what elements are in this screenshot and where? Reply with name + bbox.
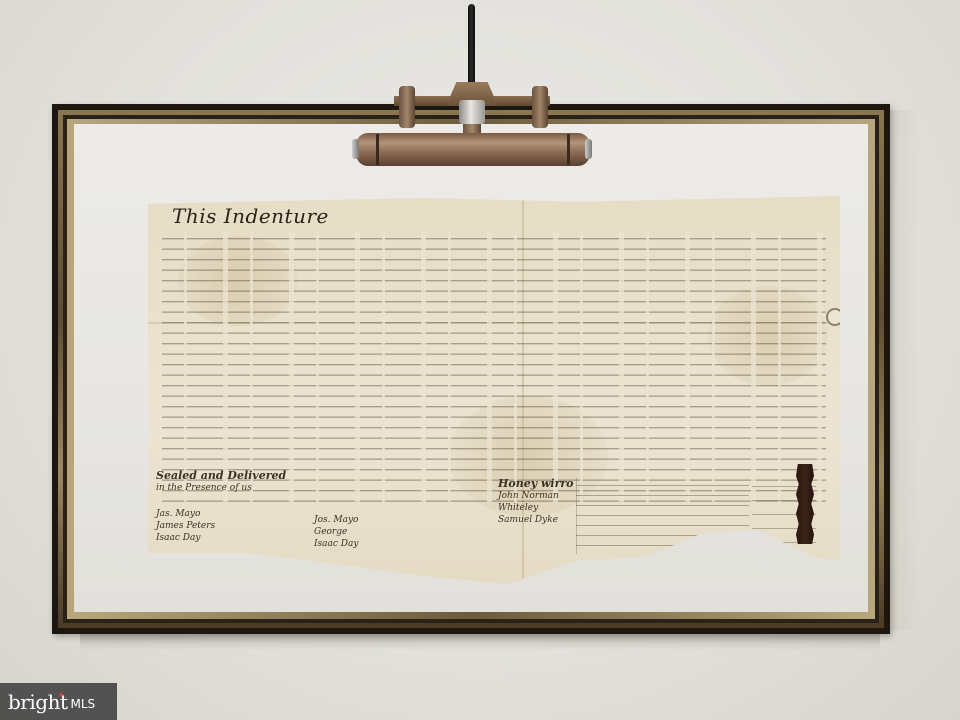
frame-shadow	[80, 632, 880, 650]
lamp-end-cap	[352, 139, 359, 159]
lamp-collar	[459, 100, 485, 124]
watermark-brand: bright✦	[8, 690, 67, 714]
seal-ring	[826, 308, 840, 326]
signature-line: Honey wirro	[498, 478, 574, 490]
signature-line: in the Presence of us	[156, 482, 286, 494]
wax-seal-strip	[796, 464, 814, 544]
lamp-knob-left	[399, 86, 415, 128]
picture-frame: This Indenture Sealed and Delivered in t…	[52, 104, 890, 634]
handwritten-text	[162, 232, 826, 502]
signature-line: Samuel Dyke	[498, 514, 574, 526]
signature-line: Jas. Mayo	[156, 508, 286, 520]
signature-line: John Norman	[498, 490, 574, 502]
watermark-suffix: MLS	[70, 697, 95, 711]
signature-line: Sealed and Delivered	[156, 470, 286, 482]
lamp-end-cap	[585, 139, 592, 159]
signature-line: Isaac Day	[156, 532, 286, 544]
document-title: This Indenture	[172, 204, 329, 228]
witness-signatures: Sealed and Delivered in the Presence of …	[156, 470, 286, 544]
paper-seal	[728, 544, 746, 562]
signature-line: James Peters	[156, 520, 286, 532]
star-icon: ✦	[57, 691, 64, 701]
endorsement-text	[576, 478, 749, 554]
mat-board: This Indenture Sealed and Delivered in t…	[74, 124, 868, 612]
signature-line: Whiteley	[498, 502, 574, 514]
mls-watermark: bright✦ MLS	[0, 683, 117, 720]
middle-signatures: Jos. Mayo George Isaac Day	[314, 514, 358, 550]
lamp-knob-right	[532, 86, 548, 128]
party-signatures: Honey wirro John Norman Whiteley Samuel …	[498, 478, 574, 526]
indenture-document: This Indenture Sealed and Delivered in t…	[148, 196, 840, 584]
lamp-tube	[356, 133, 590, 166]
signature-line: Jos. Mayo	[314, 514, 358, 526]
signature-line: Isaac Day	[314, 538, 358, 550]
signature-line: George	[314, 526, 358, 538]
